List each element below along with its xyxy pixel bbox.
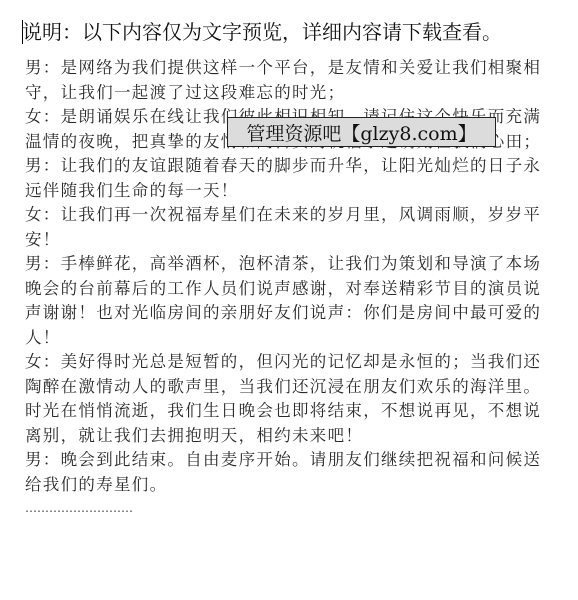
watermark-banner: 管理资源吧【glzy8.com】 xyxy=(227,117,496,147)
paragraph: 男：让我们的友谊跟随着春天的脚步而升华，让阳光灿烂的日子永远伴随我们生命的每一天… xyxy=(25,154,545,203)
ellipsis-divider: ……………………… xyxy=(25,501,545,515)
preview-notice: 说明：以下内容仅为文字预览，详细内容请下载查看。 xyxy=(22,18,502,46)
paragraph: 男：手棒鲜花，高举酒杯，泡杯清茶，让我们为策划和导演了本场晚会的台前幕后的工作人… xyxy=(25,252,545,350)
paragraph: 女：美好得时光总是短暂的，但闪光的记忆却是永恒的；当我们还陶醉在激情动人的歌声里… xyxy=(25,350,545,448)
paragraph: 男：晚会到此结束。自由麦序开始。请朋友们继续把祝福和问候送给我们的寿星们。 xyxy=(25,448,545,497)
paragraph: 女：让我们再一次祝福寿星们在未来的岁月里，风调雨顺，岁岁平安！ xyxy=(25,203,545,252)
paragraph: 男：是网络为我们提供这样一个平台，是友情和关爱让我们相聚相守，让我们一起渡了过这… xyxy=(25,56,545,105)
